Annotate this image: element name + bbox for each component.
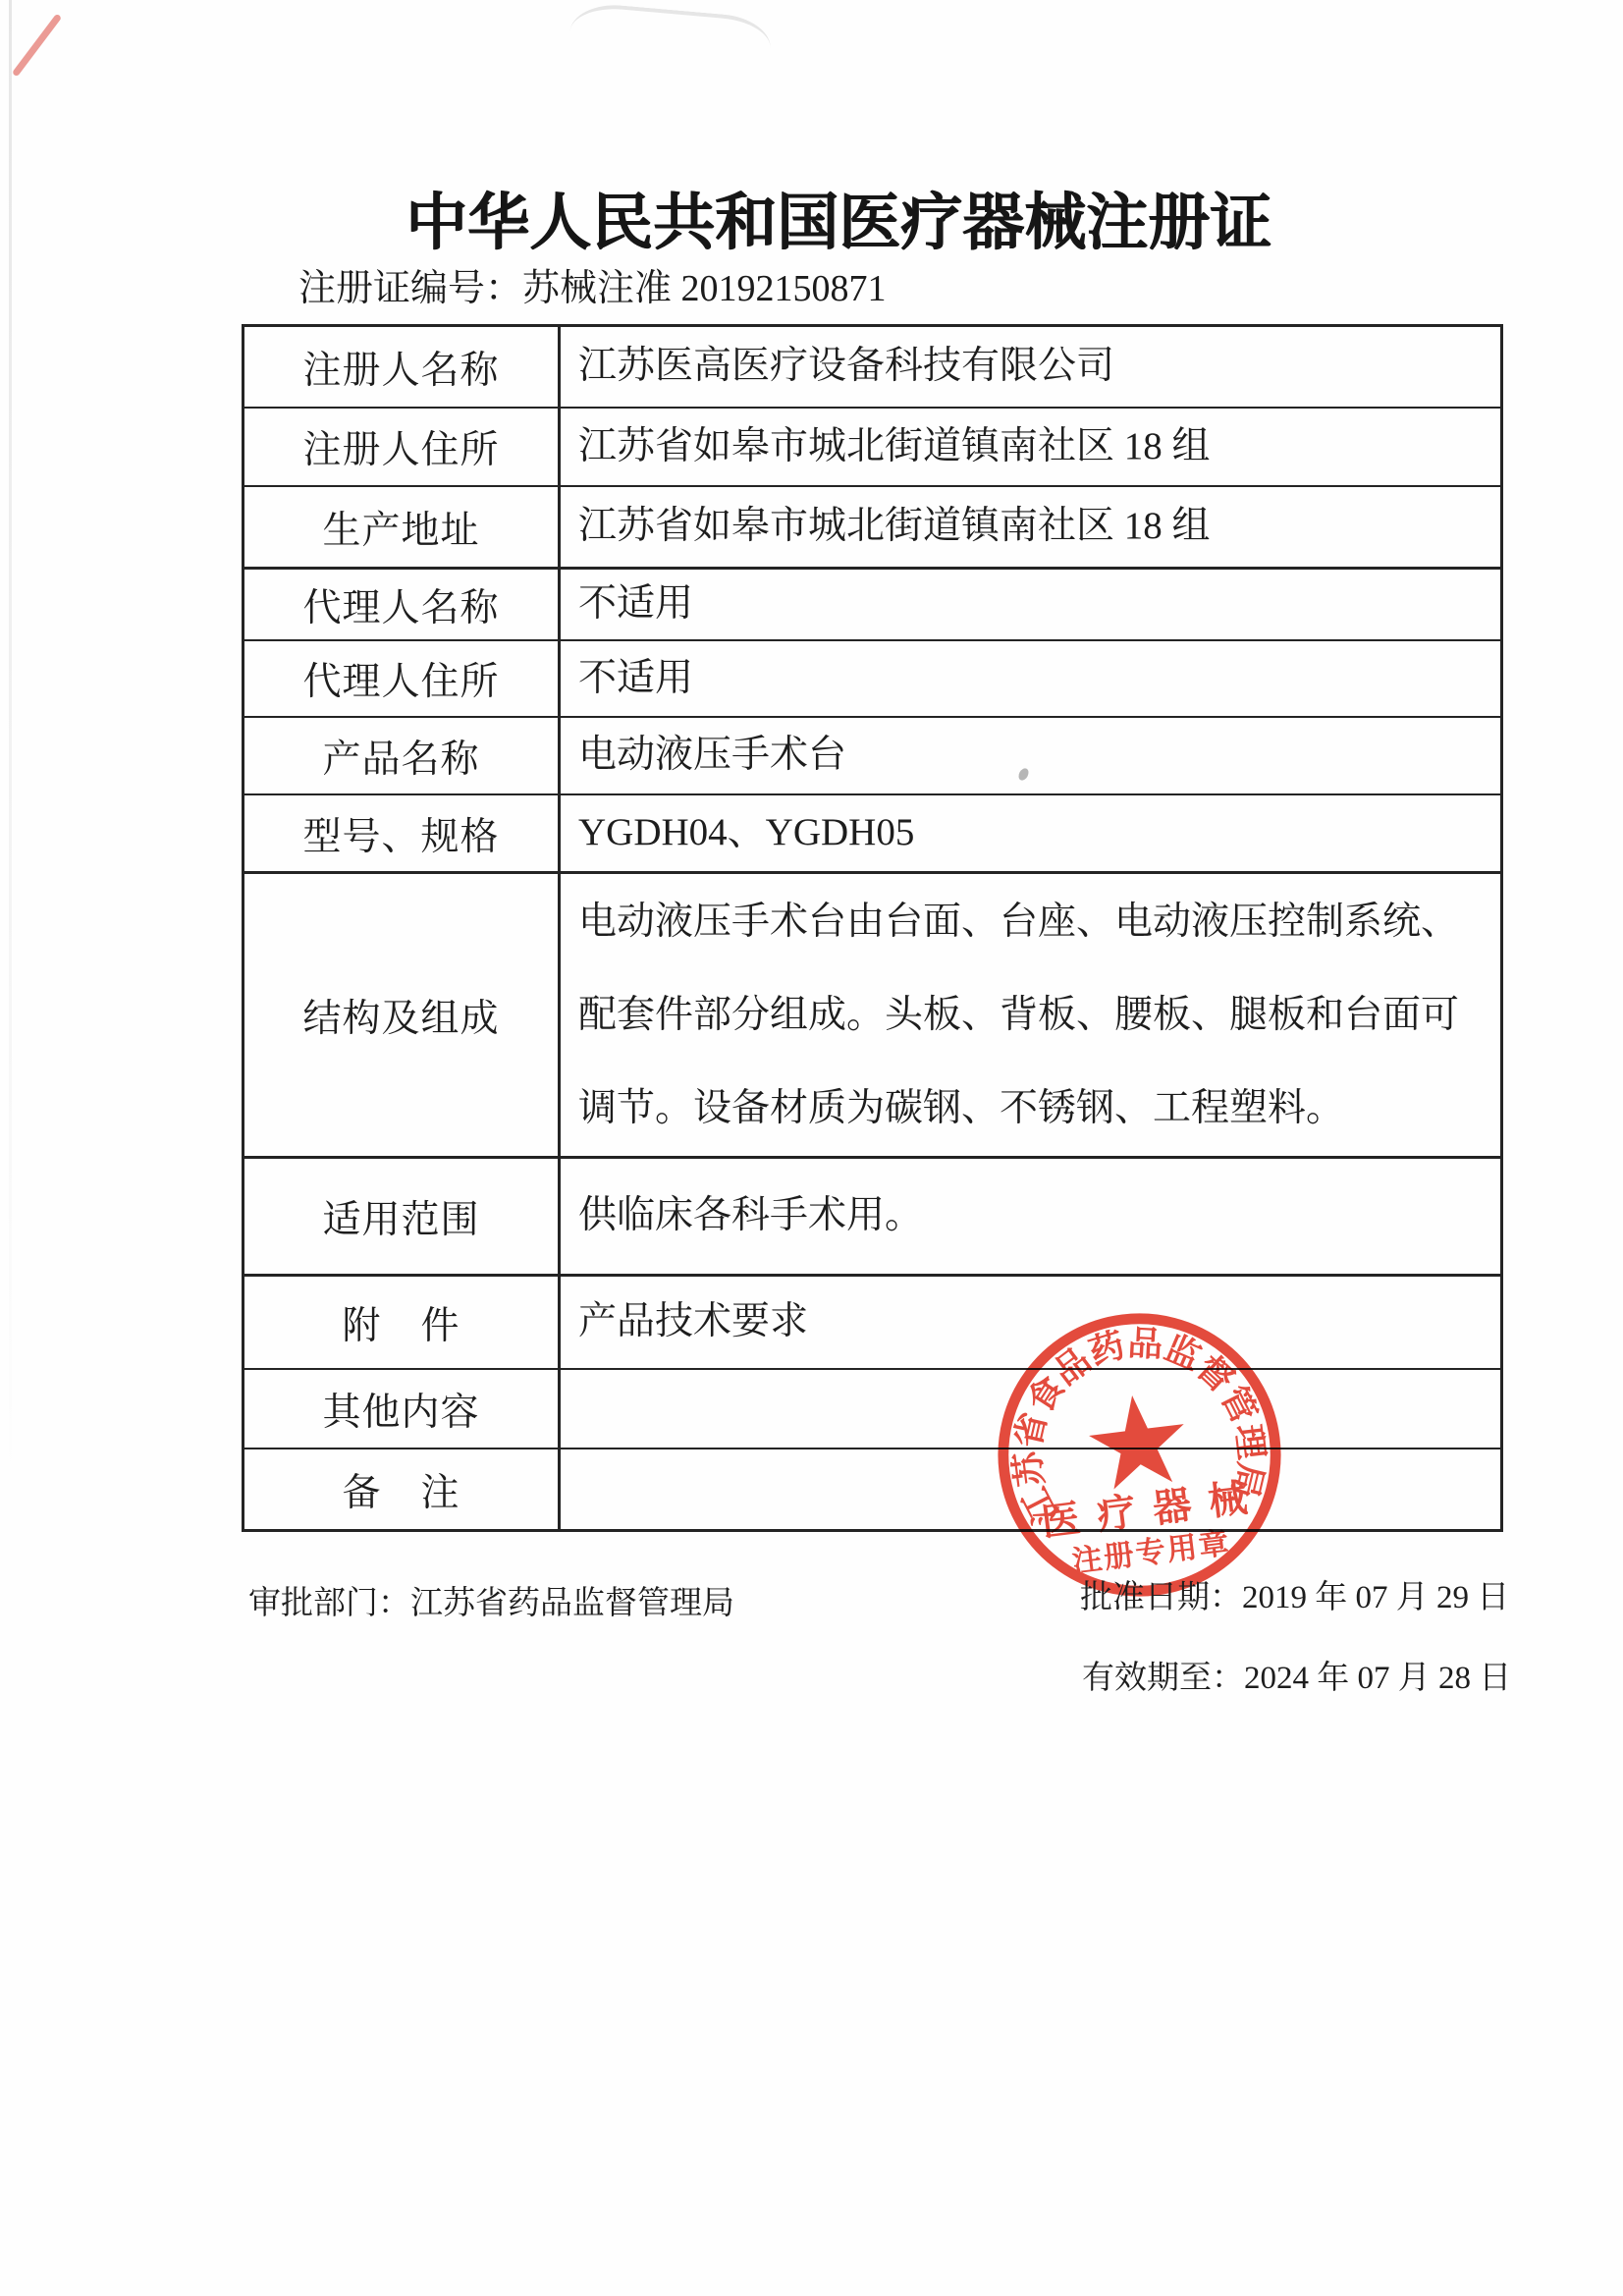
- row-label: 注册人名称: [244, 327, 561, 407]
- cert-number-line: 注册证编号：苏械注准 20192150871: [298, 257, 887, 311]
- table-row-production-address: 生产地址 江苏省如皋市城北街道镇南社区 18 组: [244, 485, 1500, 567]
- table-row-product-name: 产品名称 电动液压手术台: [244, 716, 1500, 793]
- scan-curl-artifact: [568, 1, 774, 80]
- row-value: YGDH04、YGDH05: [561, 795, 1500, 871]
- row-value: 电动液压手术台: [561, 718, 1500, 793]
- table-row-attachment: 附 件 产品技术要求: [244, 1274, 1500, 1368]
- table-row-model-spec: 型号、规格 YGDH04、YGDH05: [244, 793, 1500, 871]
- table-row-registrant-address: 注册人住所 江苏省如皋市城北街道镇南社区 18 组: [244, 407, 1500, 485]
- row-label: 型号、规格: [244, 795, 561, 871]
- scan-edge-artifact: [9, 0, 12, 1493]
- table-row-registrant-name: 注册人名称 江苏医高医疗设备科技有限公司: [244, 327, 1500, 407]
- row-value: 江苏省如皋市城北街道镇南社区 18 组: [561, 487, 1500, 567]
- row-label: 注册人住所: [244, 409, 561, 485]
- table-row-scope-of-application: 适用范围 供临床各科手术用。: [244, 1156, 1500, 1274]
- table-row-structure-composition: 结构及组成 电动液压手术台由台面、台座、电动液压控制系统、配套件部分组成。头板、…: [244, 871, 1500, 1156]
- row-value: 不适用: [561, 641, 1500, 716]
- row-value: 电动液压手术台由台面、台座、电动液压控制系统、配套件部分组成。头板、背板、腰板、…: [561, 874, 1500, 1156]
- row-label: 代理人名称: [244, 570, 561, 639]
- table-row-remarks: 备 注: [244, 1448, 1500, 1529]
- page-title: 中华人民共和国医疗器械注册证: [406, 173, 1271, 262]
- table-row-agent-name: 代理人名称 不适用: [244, 567, 1500, 639]
- star-icon: [1085, 1390, 1191, 1492]
- row-value: 江苏医高医疗设备科技有限公司: [561, 327, 1500, 407]
- valid-until-line: 有效期至：2024 年 07 月 28 日: [1082, 1652, 1511, 1698]
- official-stamp: 江苏省食品药品监督管理局 医 疗 器 械 注册专用章: [995, 1310, 1284, 1600]
- row-value: 不适用: [561, 570, 1500, 639]
- table-row-other-content: 其他内容: [244, 1368, 1500, 1448]
- cert-number-value: 苏械注准 20192150871: [522, 268, 887, 309]
- row-label: 备 注: [244, 1449, 561, 1529]
- approval-date-line: 批准日期：2019 年 07 月 29 日: [1080, 1571, 1509, 1617]
- certificate-page: 中华人民共和国医疗器械注册证 注册证编号：苏械注准 20192150871 注册…: [0, 0, 1623, 2296]
- red-pen-mark-artifact: [12, 14, 62, 78]
- cert-number-label: 注册证编号：: [298, 268, 522, 309]
- row-value: 江苏省如皋市城北街道镇南社区 18 组: [561, 409, 1500, 485]
- row-label: 结构及组成: [244, 874, 561, 1156]
- row-label: 其他内容: [244, 1370, 561, 1448]
- row-label: 适用范围: [244, 1159, 561, 1274]
- row-label: 生产地址: [244, 487, 561, 567]
- table-row-agent-address: 代理人住所 不适用: [244, 639, 1500, 716]
- certificate-table: 注册人名称 江苏医高医疗设备科技有限公司 注册人住所 江苏省如皋市城北街道镇南社…: [242, 324, 1503, 1532]
- approval-department-line: 审批部门：江苏省药品监督管理局: [248, 1577, 734, 1623]
- row-value: 供临床各科手术用。: [561, 1159, 1500, 1274]
- row-label: 产品名称: [244, 718, 561, 793]
- row-label: 代理人住所: [244, 641, 561, 716]
- row-label: 附 件: [244, 1277, 561, 1368]
